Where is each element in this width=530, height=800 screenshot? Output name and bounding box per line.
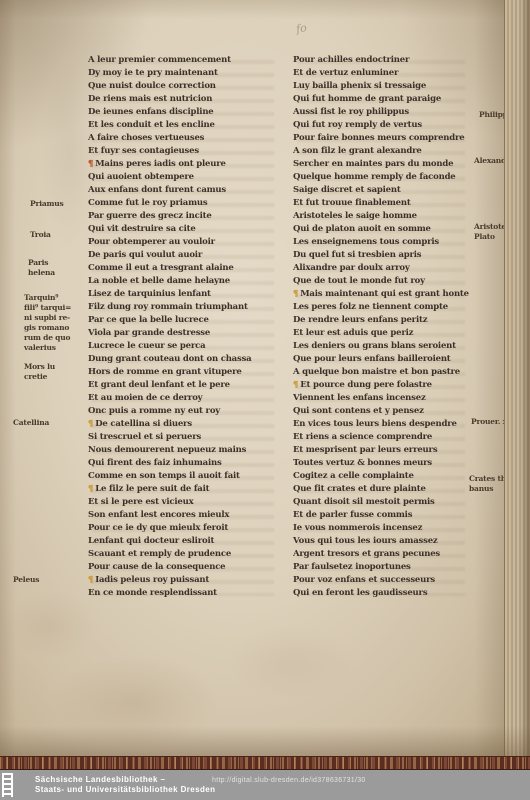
verse-line: Pour ce ie dy que mieulx feroit — [88, 522, 288, 535]
verse-line: Par guerre des grecz incite — [88, 210, 288, 223]
folio-mark: fo — [295, 21, 308, 36]
verse-line: Aristoteles le saige homme — [293, 210, 475, 223]
verse-line: Pour voz enfans et successeurs — [293, 574, 475, 587]
verse-line: ¶Iadis peleus roy puissant — [88, 574, 288, 587]
verse-line: Dy moy ie te pry maintenant — [88, 67, 288, 80]
text-column-right: Pour achilles endoctrinerEt de vertuz en… — [293, 54, 475, 600]
verse-line: Les enseignemens tous compris — [293, 236, 475, 249]
verse-line: Les peres folz ne tiennent compte — [293, 301, 475, 314]
paragraph-mark: ¶ — [293, 379, 298, 392]
margin-note-line: Peleus — [13, 575, 39, 585]
verse-line: Que fit crates et dure plainte — [293, 483, 475, 496]
verse-line: ¶Mais maintenant qui est grant honte — [293, 288, 475, 301]
verse-line: A faire choses vertueuses — [88, 132, 288, 145]
verse-line: Onc puis a romme ny eut roy — [88, 405, 288, 418]
margin-note-line: Priamus — [30, 199, 64, 209]
library-name-line1: Sächsische Landesbibliothek – — [35, 775, 165, 784]
verse-line: Quant disoit sil mestoit permis — [293, 496, 475, 509]
page-crease — [474, 0, 504, 756]
verse-line: Saige discret et sapient — [293, 184, 475, 197]
verse-line: A son filz le grant alexandre — [293, 145, 475, 158]
slub-logo-icon — [2, 773, 13, 797]
verse-line: Et de vertuz enluminer — [293, 67, 475, 80]
margin-note: Parishelena — [28, 258, 55, 278]
margin-note-line: Catellina — [13, 418, 49, 428]
verse-line: Qui sont contens et y pensez — [293, 405, 475, 418]
margin-note: Mors lucretie — [24, 362, 55, 382]
library-name-line2: Staats- und Universitätsbibliothek Dresd… — [35, 785, 215, 794]
verse-line: Scauant et remply de prudence — [88, 548, 288, 561]
verse-line: Pour faire bonnes meurs comprendre — [293, 132, 475, 145]
margin-note: Priamus — [30, 199, 64, 209]
verse-line: Comme fut le roy priamus — [88, 197, 288, 210]
page-bottom-shadow — [0, 726, 530, 756]
verse-line: Qui auoient obtempere — [88, 171, 288, 184]
paragraph-mark: ¶ — [88, 158, 93, 171]
screenshot-stage: fo A leur premier commencementDy moy ie … — [0, 0, 530, 800]
margin-note-line: rum de quo — [24, 333, 71, 343]
verse-line: La noble et belle dame helayne — [88, 275, 288, 288]
verse-line: Qui firent des faiz inhumains — [88, 457, 288, 470]
verse-line: Et leur est aduis que periz — [293, 327, 475, 340]
verse-line: De rendre leurs enfans peritz — [293, 314, 475, 327]
margin-note-line: Troia — [30, 230, 51, 240]
verse-line: Et fut trouue finablement — [293, 197, 475, 210]
verse-line: ¶De catellina si diuers — [88, 418, 288, 431]
verse-line: ¶Et pource dung pere folastre — [293, 379, 475, 392]
document-url: http://digital.slub-dresden.de/id3786367… — [212, 777, 366, 784]
verse-line: Les deniers ou grans blans seroient — [293, 340, 475, 353]
verse-line: Toutes vertuz & bonnes meurs — [293, 457, 475, 470]
verse-line: Qui de platon auoit en somme — [293, 223, 475, 236]
verse-line: Viola par grande destresse — [88, 327, 288, 340]
verse-line: Filz dung roy rommain triumphant — [88, 301, 288, 314]
verse-line: En vices tous leurs biens despendre — [293, 418, 475, 431]
verse-line: Hors de romme en grant vitupere — [88, 366, 288, 379]
verse-line: Pour achilles endoctriner — [293, 54, 475, 67]
margin-note: Catellina — [13, 418, 49, 428]
verse-line: Luy bailla phenix si tressaige — [293, 80, 475, 93]
verse-line: Qui fut homme de grant paraige — [293, 93, 475, 106]
verse-line: Comme en son temps il auoit fait — [88, 470, 288, 483]
verse-line: ¶Le filz le pere suit de fait — [88, 483, 288, 496]
verse-line: Et si le pere est vicieux — [88, 496, 288, 509]
manuscript-scan: fo A leur premier commencementDy moy ie … — [0, 0, 530, 770]
verse-line: Et mesprisent par leurs erreurs — [293, 444, 475, 457]
verse-line: Viennent les enfans incensez — [293, 392, 475, 405]
verse-line: Et grant deul lenfant et le pere — [88, 379, 288, 392]
margin-note-line: helena — [28, 268, 55, 278]
verse-line: En ce monde resplendissant — [88, 587, 288, 600]
book-fore-edge — [504, 0, 530, 756]
verse-line: De paris qui voulut auoir — [88, 249, 288, 262]
margin-note: Peleus — [13, 575, 39, 585]
verse-line: Argent tresors et grans pecunes — [293, 548, 475, 561]
verse-line: Comme il eut a tresgrant alaine — [88, 262, 288, 275]
verse-line: Pour cause de la consequence — [88, 561, 288, 574]
verse-line: Cogitez a celle complainte — [293, 470, 475, 483]
paragraph-mark: ¶ — [88, 418, 93, 431]
verse-line: Ie vous nommerois incensez — [293, 522, 475, 535]
text-column-left: A leur premier commencementDy moy ie te … — [88, 54, 288, 600]
verse-line: ¶Mains peres iadis ont pleure — [88, 158, 288, 171]
verse-line: Qui en feront les gaudisseurs — [293, 587, 475, 600]
verse-line: Et les conduit et les encline — [88, 119, 288, 132]
verse-line: Quelque homme remply de faconde — [293, 171, 475, 184]
margin-note-line: fili⁹ tarqui= — [24, 303, 71, 313]
verse-line: Aussi fist le roy philippus — [293, 106, 475, 119]
verse-line: Du quel fut si tresbien apris — [293, 249, 475, 262]
library-footer-bar: Sächsische Landesbibliothek – Staats- un… — [0, 770, 530, 800]
parchment-stain — [5, 590, 95, 660]
margin-note: Troia — [30, 230, 51, 240]
margin-note-line: Tarquin⁹ — [24, 293, 71, 303]
verse-line: Et riens a science comprendre — [293, 431, 475, 444]
margin-note-line: valerius — [24, 343, 71, 353]
parchment-stain — [225, 625, 355, 700]
verse-line: Pour obtemperer au vouloir — [88, 236, 288, 249]
verse-line: Qui vit destruire sa cite — [88, 223, 288, 236]
verse-line: Que nuist doulce correction — [88, 80, 288, 93]
verse-line: Et de parler fusse commis — [293, 509, 475, 522]
book-edge-band — [0, 756, 530, 770]
margin-note-line: Mors lu — [24, 362, 55, 372]
margin-note-line: ni supbi re- — [24, 313, 71, 323]
margin-note-line: gis romano — [24, 323, 71, 333]
verse-line: A quelque bon maistre et bon pastre — [293, 366, 475, 379]
verse-line: Sercher en maintes pars du monde — [293, 158, 475, 171]
margin-note-line: Paris — [28, 258, 55, 268]
verse-line: A leur premier commencement — [88, 54, 288, 67]
verse-line: Nous demourerent nepueuz mains — [88, 444, 288, 457]
paragraph-mark: ¶ — [88, 483, 93, 496]
verse-line: Aux enfans dont furent camus — [88, 184, 288, 197]
verse-line: Lenfant qui docteur esliroit — [88, 535, 288, 548]
verse-line: Si trescruel et si peruers — [88, 431, 288, 444]
paragraph-mark: ¶ — [293, 288, 298, 301]
margin-note-line: cretie — [24, 372, 55, 382]
verse-line: Qui fut roy remply de vertus — [293, 119, 475, 132]
verse-line: Que pour leurs enfans bailleroient — [293, 353, 475, 366]
verse-line: Par faulsetez inoportunes — [293, 561, 475, 574]
verse-line: Dung grant couteau dont on chassa — [88, 353, 288, 366]
paragraph-mark: ¶ — [88, 574, 93, 587]
verse-line: Et fuyr ses contagieuses — [88, 145, 288, 158]
verse-line: De riens mais est nutricion — [88, 93, 288, 106]
verse-line: De ieunes enfans discipline — [88, 106, 288, 119]
verse-line: Et au moien de ce derroy — [88, 392, 288, 405]
verse-line: Lisez de tarquinius lenfant — [88, 288, 288, 301]
verse-line: Alixandre par doulx arroy — [293, 262, 475, 275]
margin-note: Tarquin⁹fili⁹ tarqui=ni supbi re-gis rom… — [24, 293, 71, 353]
verse-line: Par ce que la belle lucrece — [88, 314, 288, 327]
verse-line: Son enfant lest encores mieulx — [88, 509, 288, 522]
verse-line: Lucrece le cueur se perca — [88, 340, 288, 353]
verse-line: Que de tout le monde fut roy — [293, 275, 475, 288]
verse-line: Vous qui tous les iours amassez — [293, 535, 475, 548]
